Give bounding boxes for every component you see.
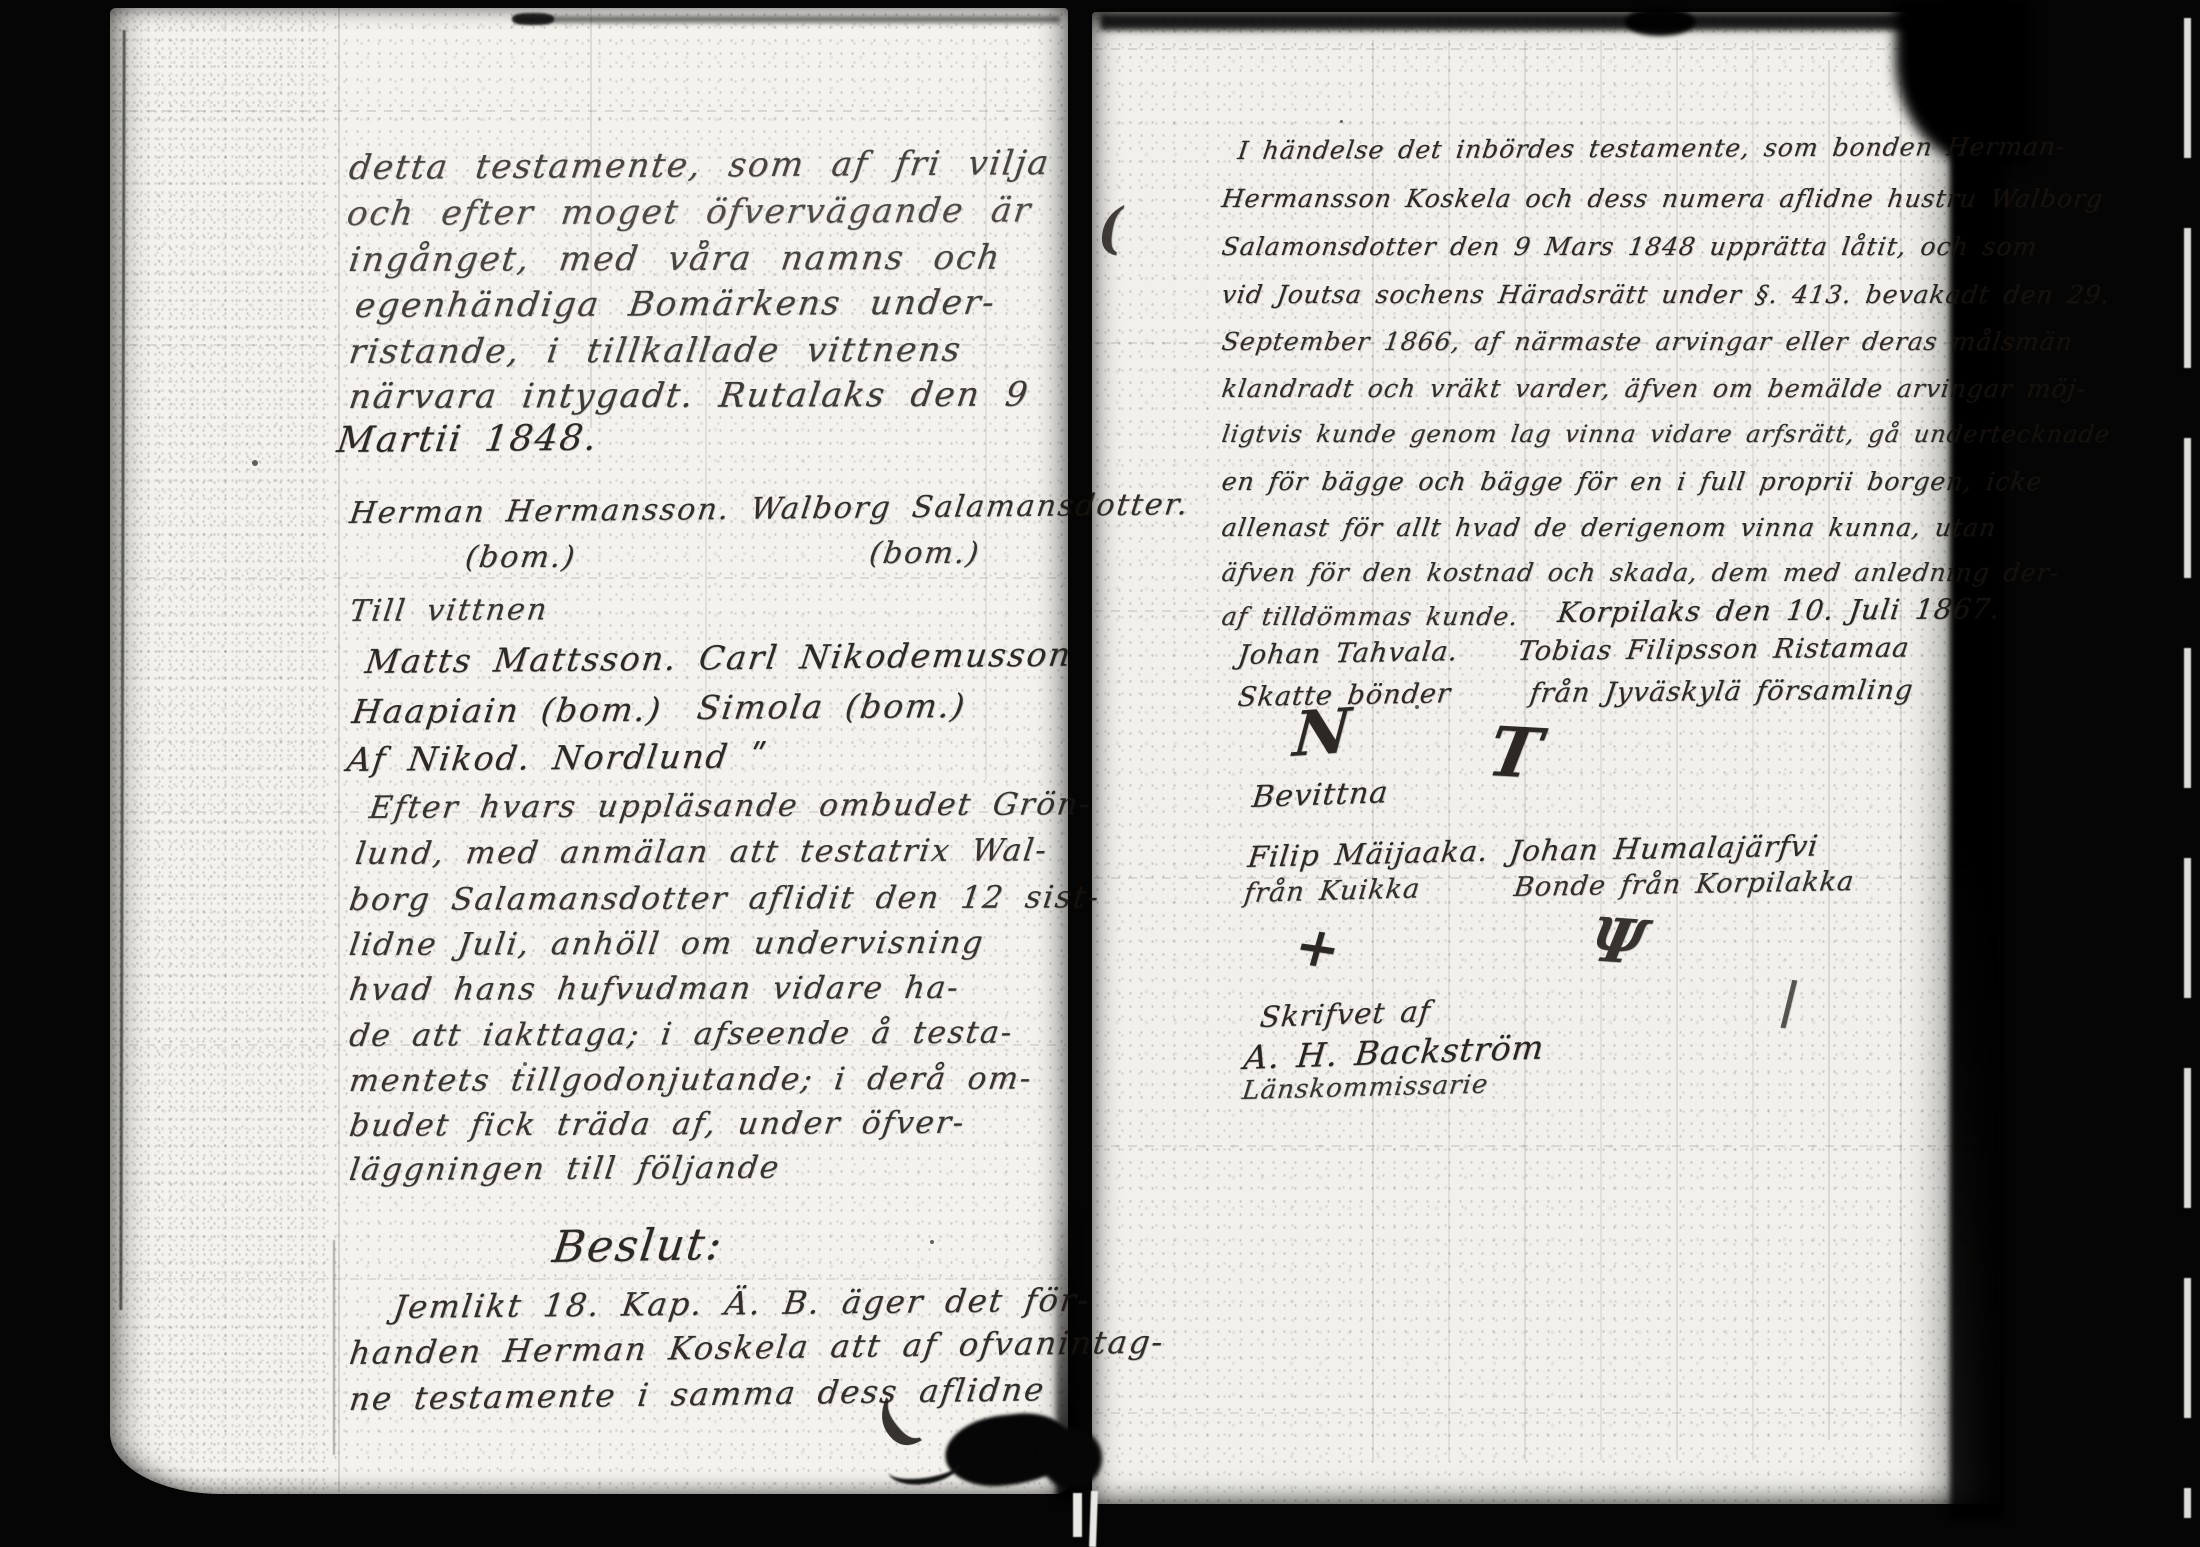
right-page [1092, 12, 2000, 1504]
right-edge-sliver [2184, 18, 2191, 1518]
left-page [110, 8, 1068, 1494]
scanned-document: detta testamente, som af fri viljaoch ef… [0, 0, 2200, 1547]
bottom-tick-1 [1073, 1493, 1082, 1537]
left-margin-grain [110, 8, 325, 1494]
